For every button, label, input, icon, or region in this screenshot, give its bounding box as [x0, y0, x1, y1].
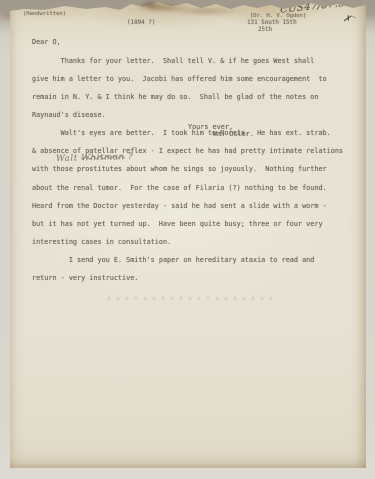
salutation: Dear O,	[32, 39, 61, 45]
body-line: Raynaud's disease.	[32, 112, 343, 118]
query-question-mark: ?	[125, 152, 134, 162]
sender-address: 131 South 15th	[247, 20, 297, 26]
walt-whitman-query: Walt Whitman ?	[56, 152, 134, 164]
letter-paper: (Handwritten) (1894 ?) [Dr. H. V. Ogden]…	[10, 0, 366, 468]
body-line: Thanks for your letter. Shall tell V. & …	[32, 58, 343, 64]
tape-stain	[158, 5, 253, 17]
body-line: but it has not yet turned up. Have been …	[32, 221, 343, 227]
query-word-1: Walt	[56, 153, 81, 164]
body-line: about the renal tumor. For the case of F…	[32, 185, 343, 191]
bleed-through-marks	[108, 297, 273, 300]
tape-stain-dark	[138, 0, 164, 10]
signature: Wm. Osler.	[213, 131, 254, 137]
corner-x-mark: ✗~	[342, 12, 357, 27]
scanned-letter-page: (Handwritten) (1894 ?) [Dr. H. V. Ogden]…	[0, 0, 375, 479]
body-line: Heard from the Doctor yesterday - said h…	[32, 203, 343, 209]
body-line: with those prostitutes about whom he sin…	[32, 166, 343, 172]
body-line: interesting cases in consultation.	[32, 239, 343, 245]
catalog-number-handwriting: CUS47/87.38	[280, 0, 352, 16]
letter-body: Thanks for your letter. Shall tell V. & …	[32, 46, 343, 294]
body-line: remain in N. Y. & I think he may do so. …	[32, 94, 343, 100]
edge-red-mark	[4, 12, 11, 21]
handwritten-type-note: (Handwritten)	[23, 11, 66, 17]
body-line: Walt's eyes are better. I took him to No…	[32, 130, 343, 136]
x-flourish: ~	[351, 13, 357, 21]
letter-day: 25th	[258, 27, 272, 33]
body-line: give him a letter to you. Jacobi has off…	[32, 76, 343, 82]
body-line: I send you E. Smith's paper on hereditar…	[32, 257, 343, 263]
body-line: return - very instructive.	[32, 275, 343, 281]
date-annotation: (1894 ?)	[127, 20, 155, 26]
query-word-2: Whitman	[81, 152, 125, 163]
